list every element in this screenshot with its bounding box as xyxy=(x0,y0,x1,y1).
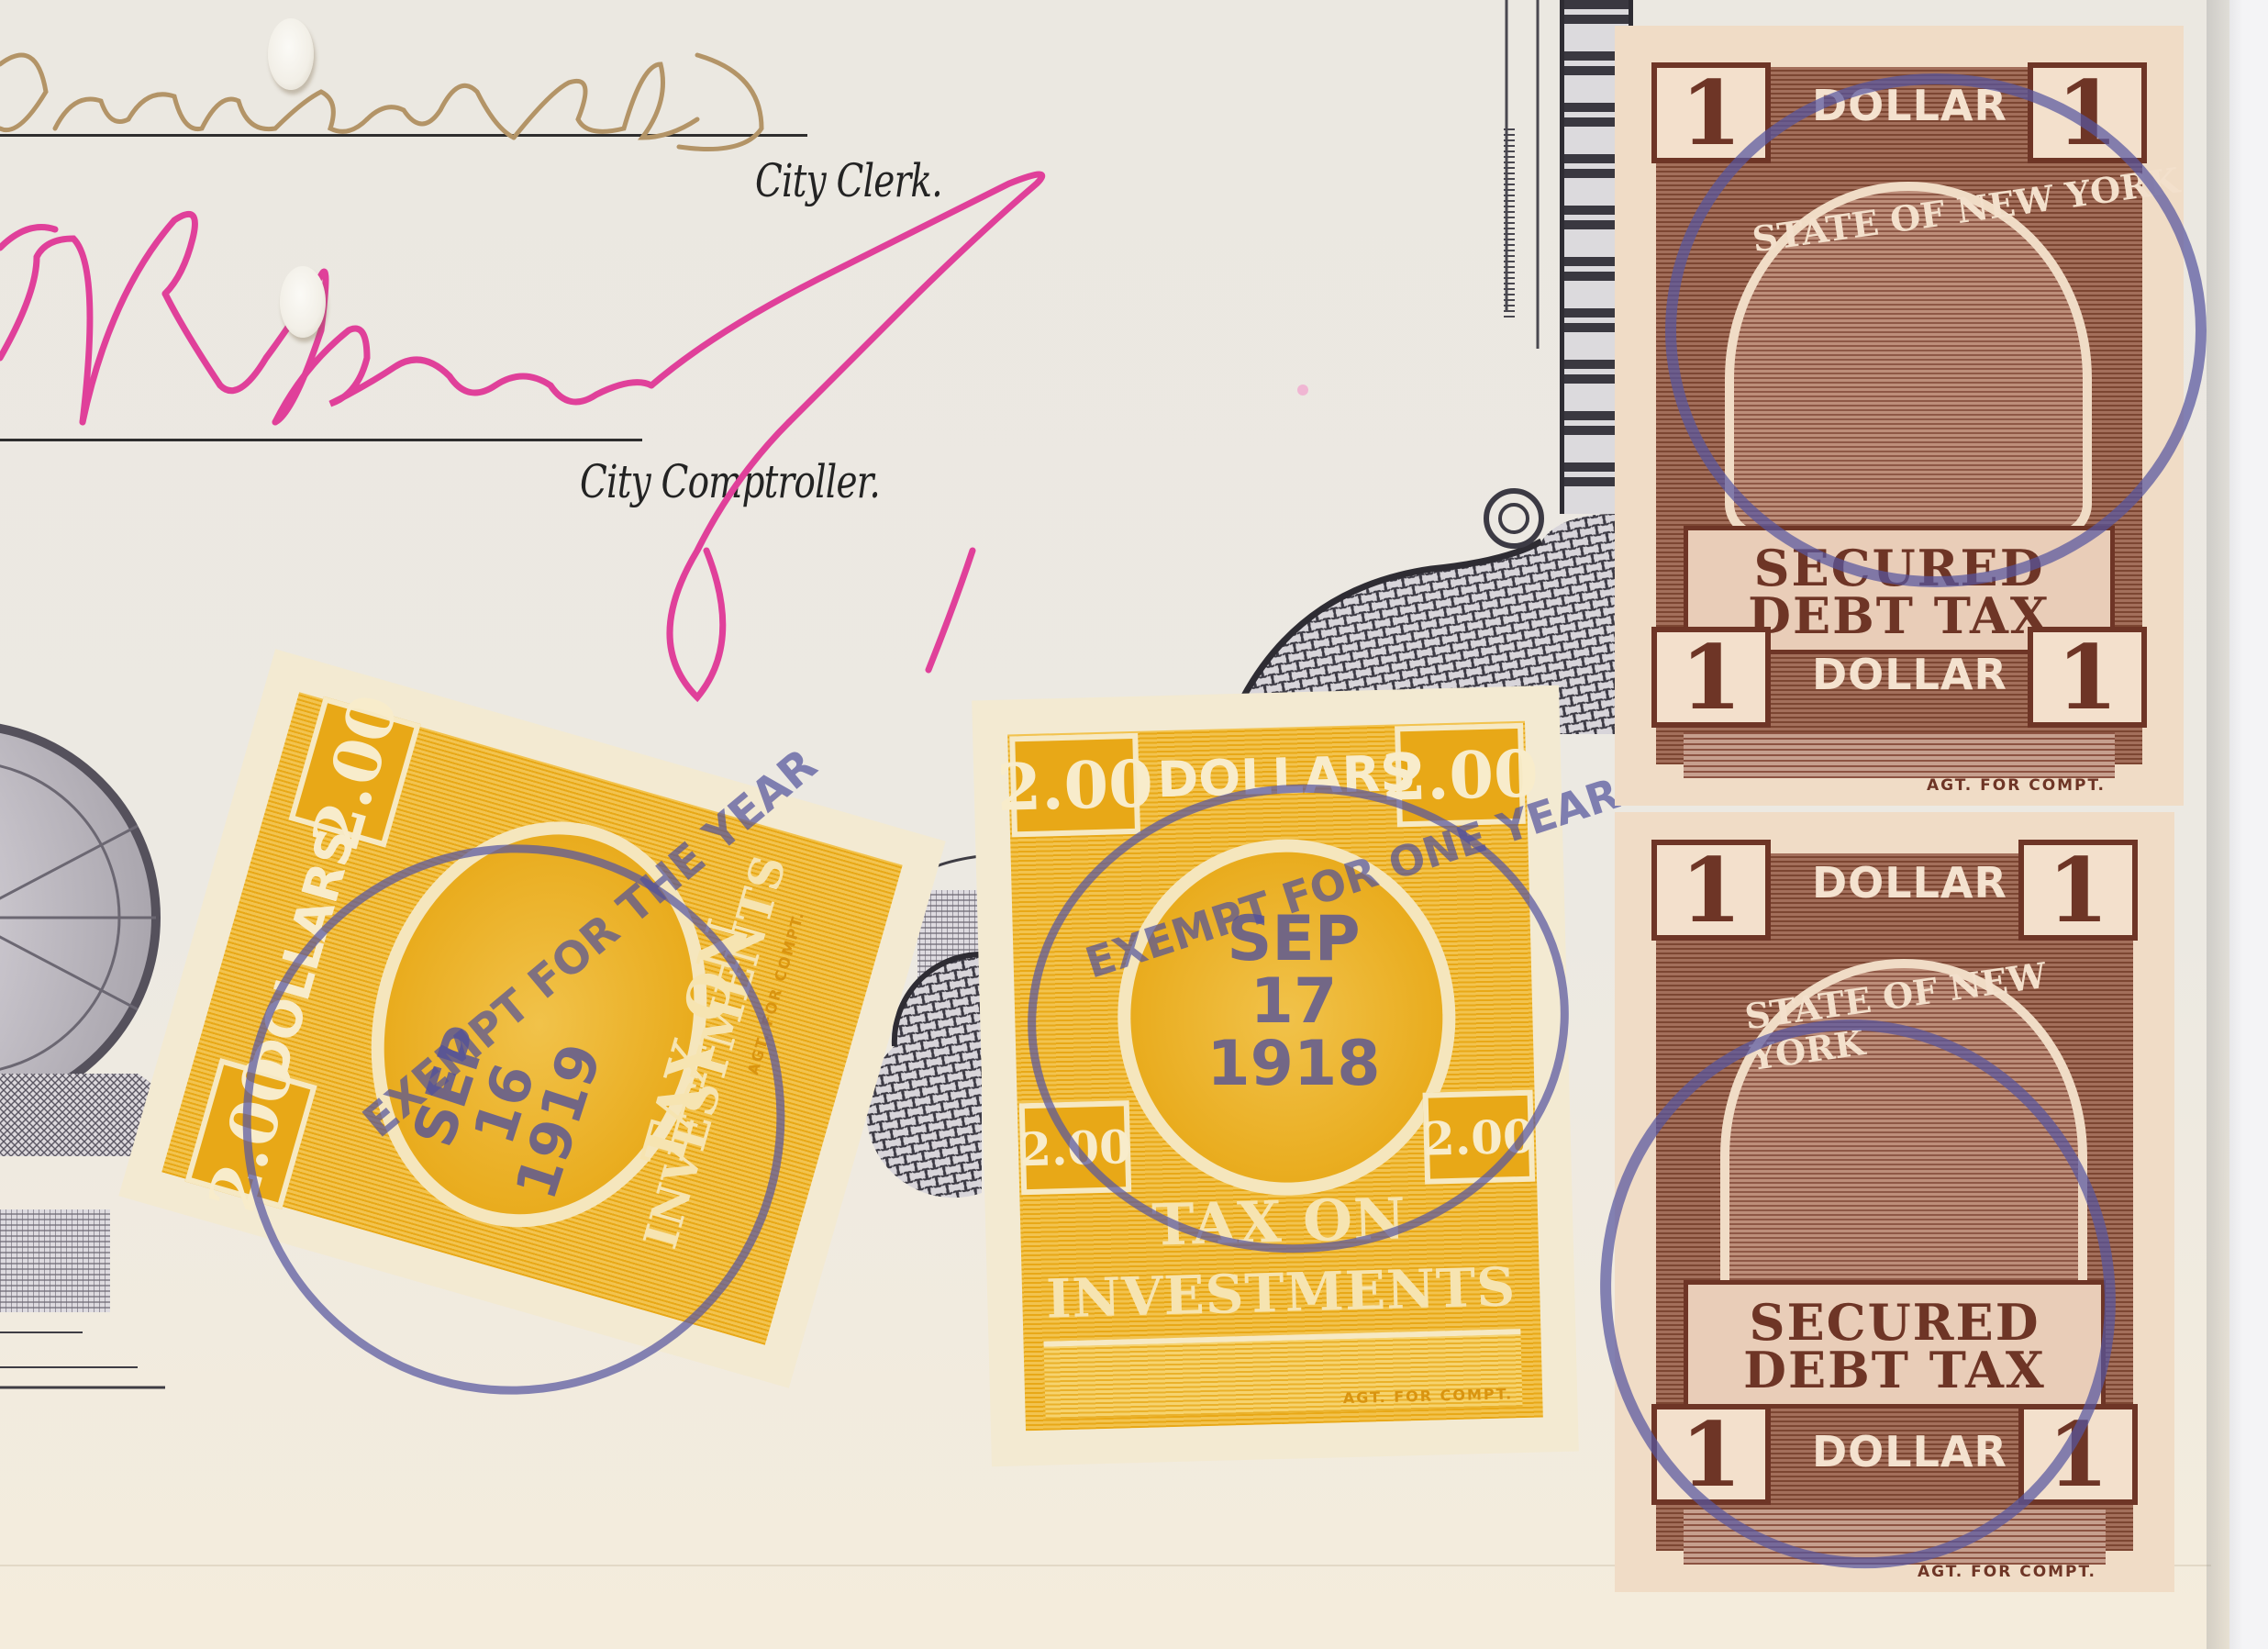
cancel-day: 17 xyxy=(1193,971,1395,1033)
denomination-corner: 1 xyxy=(1651,840,1771,941)
dollar-label-top: DOLLAR xyxy=(1812,858,2007,908)
denomination-corner: 1 xyxy=(1651,627,1771,728)
agent-imprint: AGT. FOR COMPT. xyxy=(1927,776,2106,795)
blank-panel xyxy=(1043,1329,1522,1420)
punch-hole xyxy=(280,266,326,338)
city-comptroller-signature xyxy=(0,174,1042,697)
agent-imprint: AGT. FOR COMPT. xyxy=(1918,1563,2096,1581)
denomination-corner: 2.00 xyxy=(1009,733,1140,838)
blank-panel xyxy=(1684,732,2115,778)
cancellation-postmark xyxy=(1665,73,2207,587)
punch-hole xyxy=(268,18,314,90)
city-clerk-signature xyxy=(0,55,762,150)
denomination-corner: 1 xyxy=(2028,627,2147,728)
cancel-year: 1918 xyxy=(1193,1033,1395,1096)
denomination-corner: 1 xyxy=(2018,840,2138,941)
dollar-label-bottom: DOLLAR xyxy=(1812,650,2007,699)
